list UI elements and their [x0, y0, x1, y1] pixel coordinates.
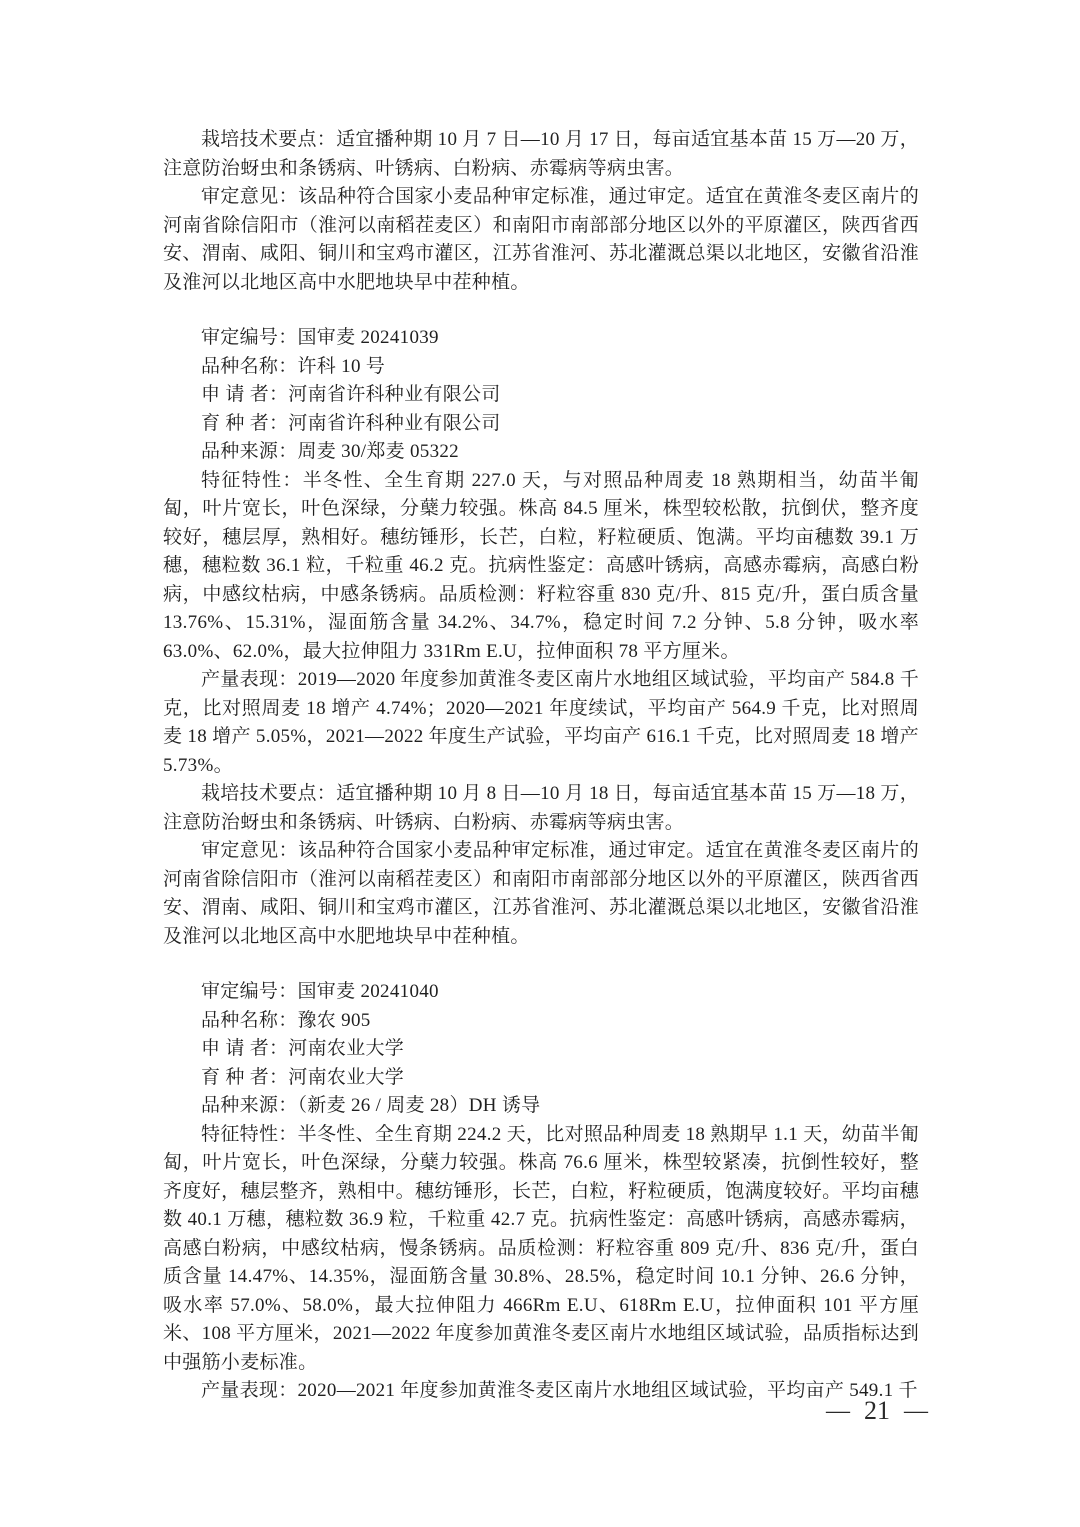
page-number: 21 — [864, 1396, 890, 1426]
footer-right-dash: — — [904, 1398, 928, 1425]
document-page: 栽培技术要点：适宜播种期 10 月 7 日—10 月 17 日，每亩适宜基本苗 … — [0, 0, 1080, 1527]
footer-left-dash: — — [826, 1398, 850, 1425]
prev-variety-approval-opinion-paragraph: 审定意见：该品种符合国家小麦品种审定标准，通过审定。适宜在黄淮冬麦区南片的河南省… — [163, 183, 919, 297]
approval-number-line: 审定编号：国审麦 20241040 — [163, 978, 919, 1007]
variety-source-line: 品种来源：（新麦 26 / 周麦 28）DH 诱导 — [163, 1092, 919, 1121]
characteristics-paragraph: 特征特性：半冬性、全生育期 224.2 天，比对照品种周麦 18 熟期早 1.1… — [163, 1121, 919, 1378]
prev-variety-cultivation-paragraph: 栽培技术要点：适宜播种期 10 月 7 日—10 月 17 日，每亩适宜基本苗 … — [163, 126, 919, 183]
applicant-line: 申 请 者：河南省许科种业有限公司 — [163, 381, 919, 410]
approval-number-line: 审定编号：国审麦 20241039 — [163, 324, 919, 353]
breeder-line: 育 种 者：河南农业大学 — [163, 1064, 919, 1093]
variety-name-line: 品种名称：豫农 905 — [163, 1007, 919, 1036]
variety-name-line: 品种名称：许科 10 号 — [163, 353, 919, 382]
variety-source-line: 品种来源：周麦 30/郑麦 05322 — [163, 438, 919, 467]
page-footer: — 21 — — [826, 1396, 928, 1426]
applicant-line: 申 请 者：河南农业大学 — [163, 1035, 919, 1064]
approval-opinion-paragraph: 审定意见：该品种符合国家小麦品种审定标准，通过审定。适宜在黄淮冬麦区南片的河南省… — [163, 837, 919, 951]
characteristics-paragraph: 特征特性：半冬性、全生育期 227.0 天，与对照品种周麦 18 熟期相当，幼苗… — [163, 467, 919, 667]
variety-entry-guoshenmai-20241040: 审定编号：国审麦 20241040 品种名称：豫农 905 申 请 者：河南农业… — [163, 978, 919, 1406]
breeder-line: 育 种 者：河南省许科种业有限公司 — [163, 410, 919, 439]
yield-performance-paragraph: 产量表现：2019—2020 年度参加黄淮冬麦区南片水地组区域试验，平均亩产 5… — [163, 666, 919, 780]
yield-performance-paragraph-truncated: 产量表现：2020—2021 年度参加黄淮冬麦区南片水地组区域试验，平均亩产 5… — [163, 1377, 919, 1406]
cultivation-points-paragraph: 栽培技术要点：适宜播种期 10 月 8 日—10 月 18 日，每亩适宜基本苗 … — [163, 780, 919, 837]
variety-entry-guoshenmai-20241039: 审定编号：国审麦 20241039 品种名称：许科 10 号 申 请 者：河南省… — [163, 324, 919, 951]
page-content: 栽培技术要点：适宜播种期 10 月 7 日—10 月 17 日，每亩适宜基本苗 … — [163, 126, 919, 1406]
